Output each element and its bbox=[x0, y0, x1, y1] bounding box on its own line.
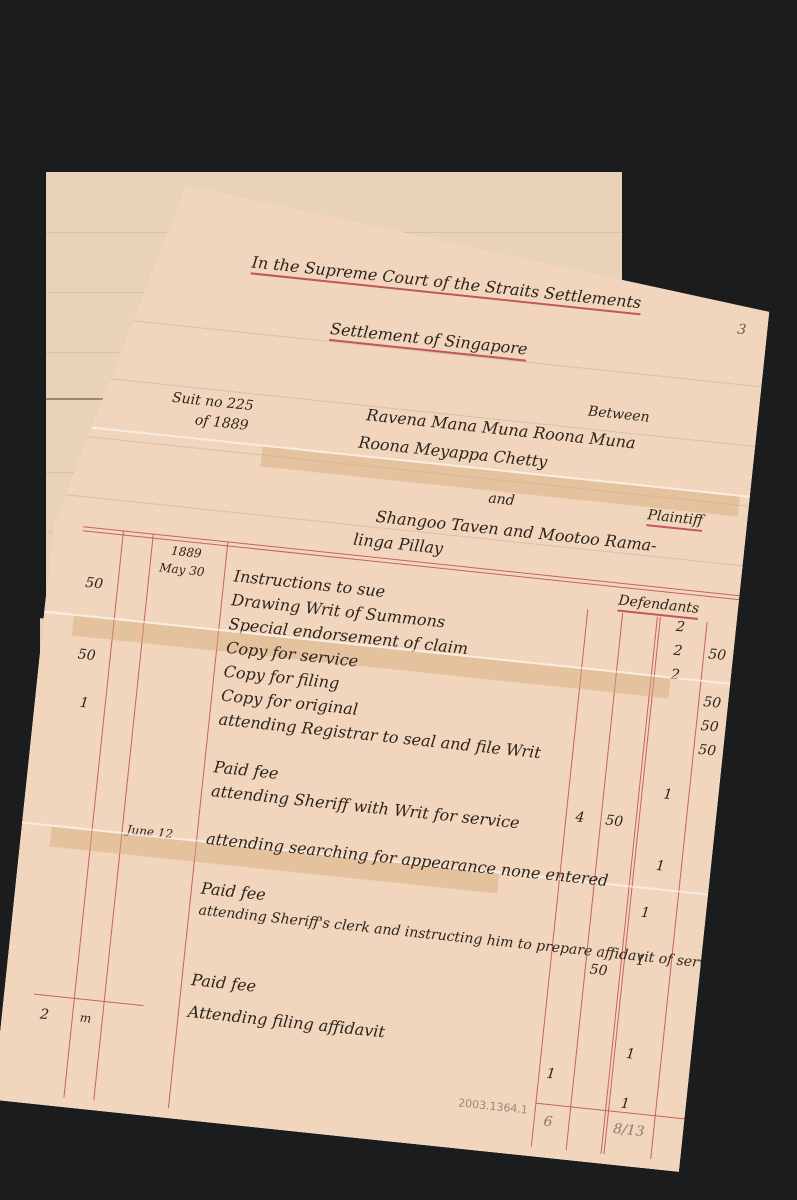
margin-page-mark: 3 bbox=[737, 322, 748, 339]
entry-dollars: 1 bbox=[663, 786, 674, 803]
entry-cents: 50 bbox=[589, 962, 608, 980]
suit-year: of 1889 bbox=[194, 412, 249, 434]
entry-cents: 50 bbox=[707, 646, 726, 664]
entry-dollars: 1 bbox=[655, 858, 666, 875]
entry-text: Paid fee bbox=[190, 970, 257, 996]
entry-left-amount: 2 bbox=[39, 1006, 50, 1023]
defendant-names-line2: linga Pillay bbox=[352, 530, 444, 558]
and-label: and bbox=[488, 490, 516, 509]
entry-dollars: 4 bbox=[575, 809, 586, 826]
entry-text: Paid fee bbox=[213, 757, 280, 783]
entry-dollars: 2 bbox=[670, 667, 681, 684]
entry-left-amount: 50 bbox=[77, 646, 96, 664]
entry-dollars: 1 bbox=[625, 1046, 636, 1063]
defendants-label: Defendants bbox=[617, 593, 700, 620]
entry-text: attending Registrar to seal and file Wri… bbox=[218, 710, 542, 763]
entry-cents: 50 bbox=[700, 718, 719, 736]
total-dollars: 6 bbox=[543, 1114, 554, 1131]
total-cents: 8/13 bbox=[612, 1121, 645, 1140]
year-header: 1889 bbox=[170, 544, 202, 561]
entry-cents: 50 bbox=[702, 694, 721, 712]
entry-cents: 50 bbox=[605, 812, 624, 830]
entry-text: Paid fee bbox=[200, 879, 267, 905]
entry-text: Attending filing affidavit bbox=[187, 1002, 386, 1042]
left-column-mark: m bbox=[79, 1011, 92, 1026]
entry-dollars: 1 bbox=[620, 1096, 631, 1113]
entry-cents: 50 bbox=[697, 742, 716, 760]
entry-dollars: 1 bbox=[640, 905, 651, 922]
entry-dollars: 2 bbox=[673, 643, 684, 660]
entry-dollars: 1 bbox=[546, 1066, 557, 1083]
between-label: Between bbox=[587, 403, 650, 425]
entry-date: May 30 bbox=[159, 560, 206, 579]
entry-text: attending Sheriff with Writ for service bbox=[210, 781, 520, 832]
suit-number: Suit no 225 bbox=[171, 390, 254, 414]
settlement-heading: Settlement of Singapore bbox=[329, 319, 528, 362]
entry-left-amount: 1 bbox=[79, 695, 90, 712]
entry-dollars: 1 bbox=[635, 952, 646, 969]
entry-dollars: 2 bbox=[675, 619, 686, 636]
entry-left-amount: 50 bbox=[85, 575, 104, 593]
